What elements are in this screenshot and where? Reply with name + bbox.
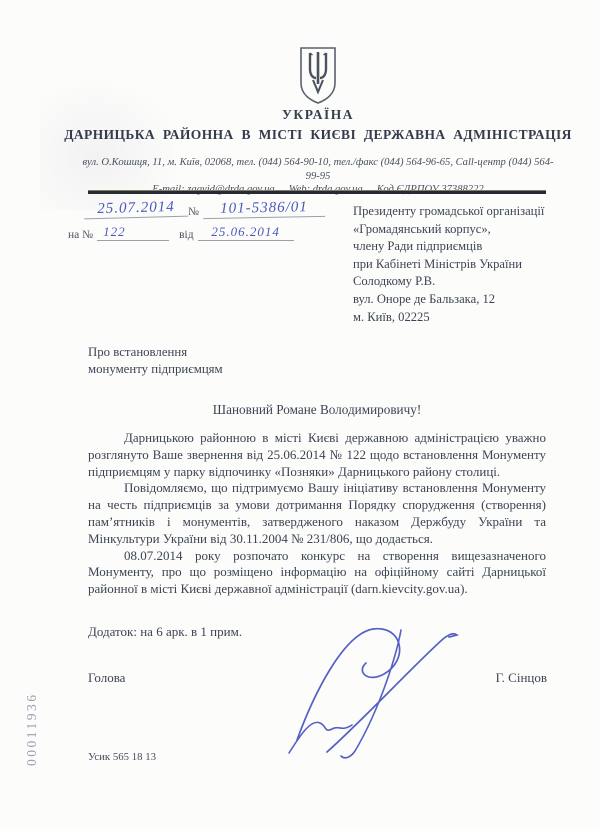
body-paragraph: Дарницькою районною в місті Києві держав…	[88, 430, 546, 480]
reply-date-label: від	[169, 229, 197, 241]
recipient-line: вул. Оноре де Бальзака, 12	[353, 291, 563, 309]
signature-ink-icon	[283, 620, 473, 762]
subject-line: монументу підприємцям	[88, 361, 308, 378]
recipient-line: м. Київ, 02225	[353, 309, 563, 327]
reply-prefix-label: на №	[68, 229, 97, 241]
subject-block: Про встановлення монументу підприємцям	[88, 344, 308, 378]
letter-body: Дарницькою районною в місті Києві держав…	[88, 430, 546, 598]
recipient-line: при Кабінеті Міністрів України	[353, 256, 563, 274]
recipient-line: Солодкому Р.В.	[353, 273, 563, 291]
incoming-reference-row: на № 122 від 25.06.2014	[68, 224, 328, 241]
outgoing-date-handwritten: 25.07.2014	[84, 199, 188, 220]
organization-name: ДАРНИЦЬКА РАЙОННА В МІСТІ КИЄВІ ДЕРЖАВНА…	[60, 127, 576, 143]
recipient-line: Президенту громадської організації	[353, 203, 563, 221]
outgoing-reference-row: 25.07.2014 № 101-5386/01	[84, 200, 328, 218]
signer-name: Г. Сінцов	[455, 670, 547, 686]
letterhead-divider	[88, 190, 546, 194]
salutation: Шановний Романе Володимировичу!	[88, 402, 546, 418]
form-serial-number: 00011936	[24, 693, 40, 767]
signer-position: Голова	[88, 670, 125, 686]
recipient-line: члену Ради підприємців	[353, 238, 563, 256]
number-sign-label: №	[188, 206, 203, 218]
reference-block: 25.07.2014 № 101-5386/01 на № 122 від 25…	[68, 200, 328, 241]
country-name: УКРАЇНА	[88, 107, 548, 123]
outgoing-number-handwritten: 101-5386/01	[203, 199, 325, 219]
executor-contact: Усик 565 18 13	[88, 751, 156, 763]
incoming-number-handwritten: 122	[97, 224, 169, 241]
scanned-letter-page: УКРАЇНА ДАРНИЦЬКА РАЙОННА В МІСТІ КИЄВІ …	[0, 0, 600, 829]
subject-line: Про встановлення	[88, 344, 308, 361]
recipient-block: Президенту громадської організації «Гром…	[353, 203, 563, 326]
ukraine-trident-icon	[297, 46, 339, 106]
address-line: вул. О.Кошиця, 11, м. Київ, 02068, тел. …	[82, 157, 553, 182]
body-paragraph: Повідомляємо, що підтримуємо Вашу ініціа…	[88, 480, 546, 547]
incoming-date-handwritten: 25.06.2014	[198, 224, 294, 241]
recipient-line: «Громадянський корпус»,	[353, 221, 563, 239]
body-paragraph: 08.07.2014 року розпочато конкурс на ств…	[88, 548, 546, 598]
